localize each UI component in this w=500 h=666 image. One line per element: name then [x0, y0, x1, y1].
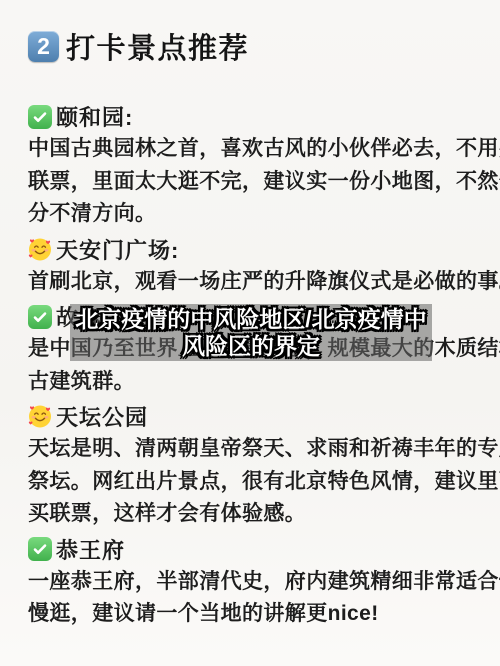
body-line: 首刷北京，观看一场庄严的升降旗仪式是必做的事。 [28, 266, 474, 299]
check-emoji-icon [28, 105, 52, 129]
section-tiananmen: 天安门广场: 首刷北京，观看一场庄严的升降旗仪式是必做的事。 [28, 233, 474, 299]
body-line: 中国古典园林之首，喜欢古风的小伙伴必去，不用买 [28, 133, 474, 166]
body-line: 慢逛，建议请一个当地的讲解更nice! [28, 598, 474, 631]
section-heading-text: 天安门广场: [56, 234, 179, 265]
section-yiheyuan: 颐和园: 中国古典园林之首，喜欢古风的小伙伴必去，不用买 联票，里面太大逛不完，… [28, 100, 474, 231]
section-tiantan: 天坛公园 天坛是明、清两朝皇帝祭天、求雨和祈祷丰年的专用 祭坛。网红出片景点，很… [28, 400, 474, 531]
smiling-face-with-hearts-emoji-icon [28, 405, 52, 429]
overlay-caption-line: 风险区的界定 [182, 333, 320, 360]
check-emoji-icon [28, 537, 52, 561]
note-image-page: 2 打卡景点推荐 颐和园: 中国古典园林之首，喜欢古风的小伙伴必去，不用买 联票… [0, 0, 500, 666]
check-emoji-icon [28, 305, 52, 329]
section-heading: 颐和园: [28, 100, 474, 133]
overlay-caption-line: 北京疫情的中风险地区/北京疫情中 [75, 306, 426, 333]
section-heading-text: 天坛公园 [56, 401, 148, 432]
section-heading-text: 恭王府 [56, 534, 125, 565]
section-gongwangfu: 恭王府 一座恭王府，半部清代史，府内建筑精细非常适合慢 慢逛，建议请一个当地的讲… [28, 533, 474, 631]
overlay-caption-banner: 北京疫情的中风险地区/北京疫情中 风险区的界定 [70, 304, 432, 361]
section-heading: 天坛公园 [28, 400, 474, 433]
body-line: 联票，里面太大逛不完，建议实一份小地图，不然会 [28, 166, 474, 199]
body-line: 分不清方向。 [28, 198, 474, 231]
page-title-text: 打卡景点推荐 [66, 26, 249, 67]
page-title: 2 打卡景点推荐 [28, 26, 474, 67]
body-line: 天坛是明、清两朝皇帝祭天、求雨和祈祷丰年的专用 [28, 433, 474, 466]
keycap-2-icon: 2 [28, 31, 59, 62]
section-heading: 天安门广场: [28, 233, 474, 266]
body-line: 古建筑群。 [28, 366, 474, 399]
smiling-face-with-hearts-emoji-icon [28, 237, 52, 261]
section-heading-text: 颐和园: [56, 101, 133, 132]
body-line: 祭坛。网红出片景点，很有北京特色风情，建议里面 [28, 466, 474, 499]
section-heading: 恭王府 [28, 533, 474, 566]
body-line: 买联票，这样才会有体验感。 [28, 498, 474, 531]
body-line: 一座恭王府，半部清代史，府内建筑精细非常适合慢 [28, 566, 474, 599]
